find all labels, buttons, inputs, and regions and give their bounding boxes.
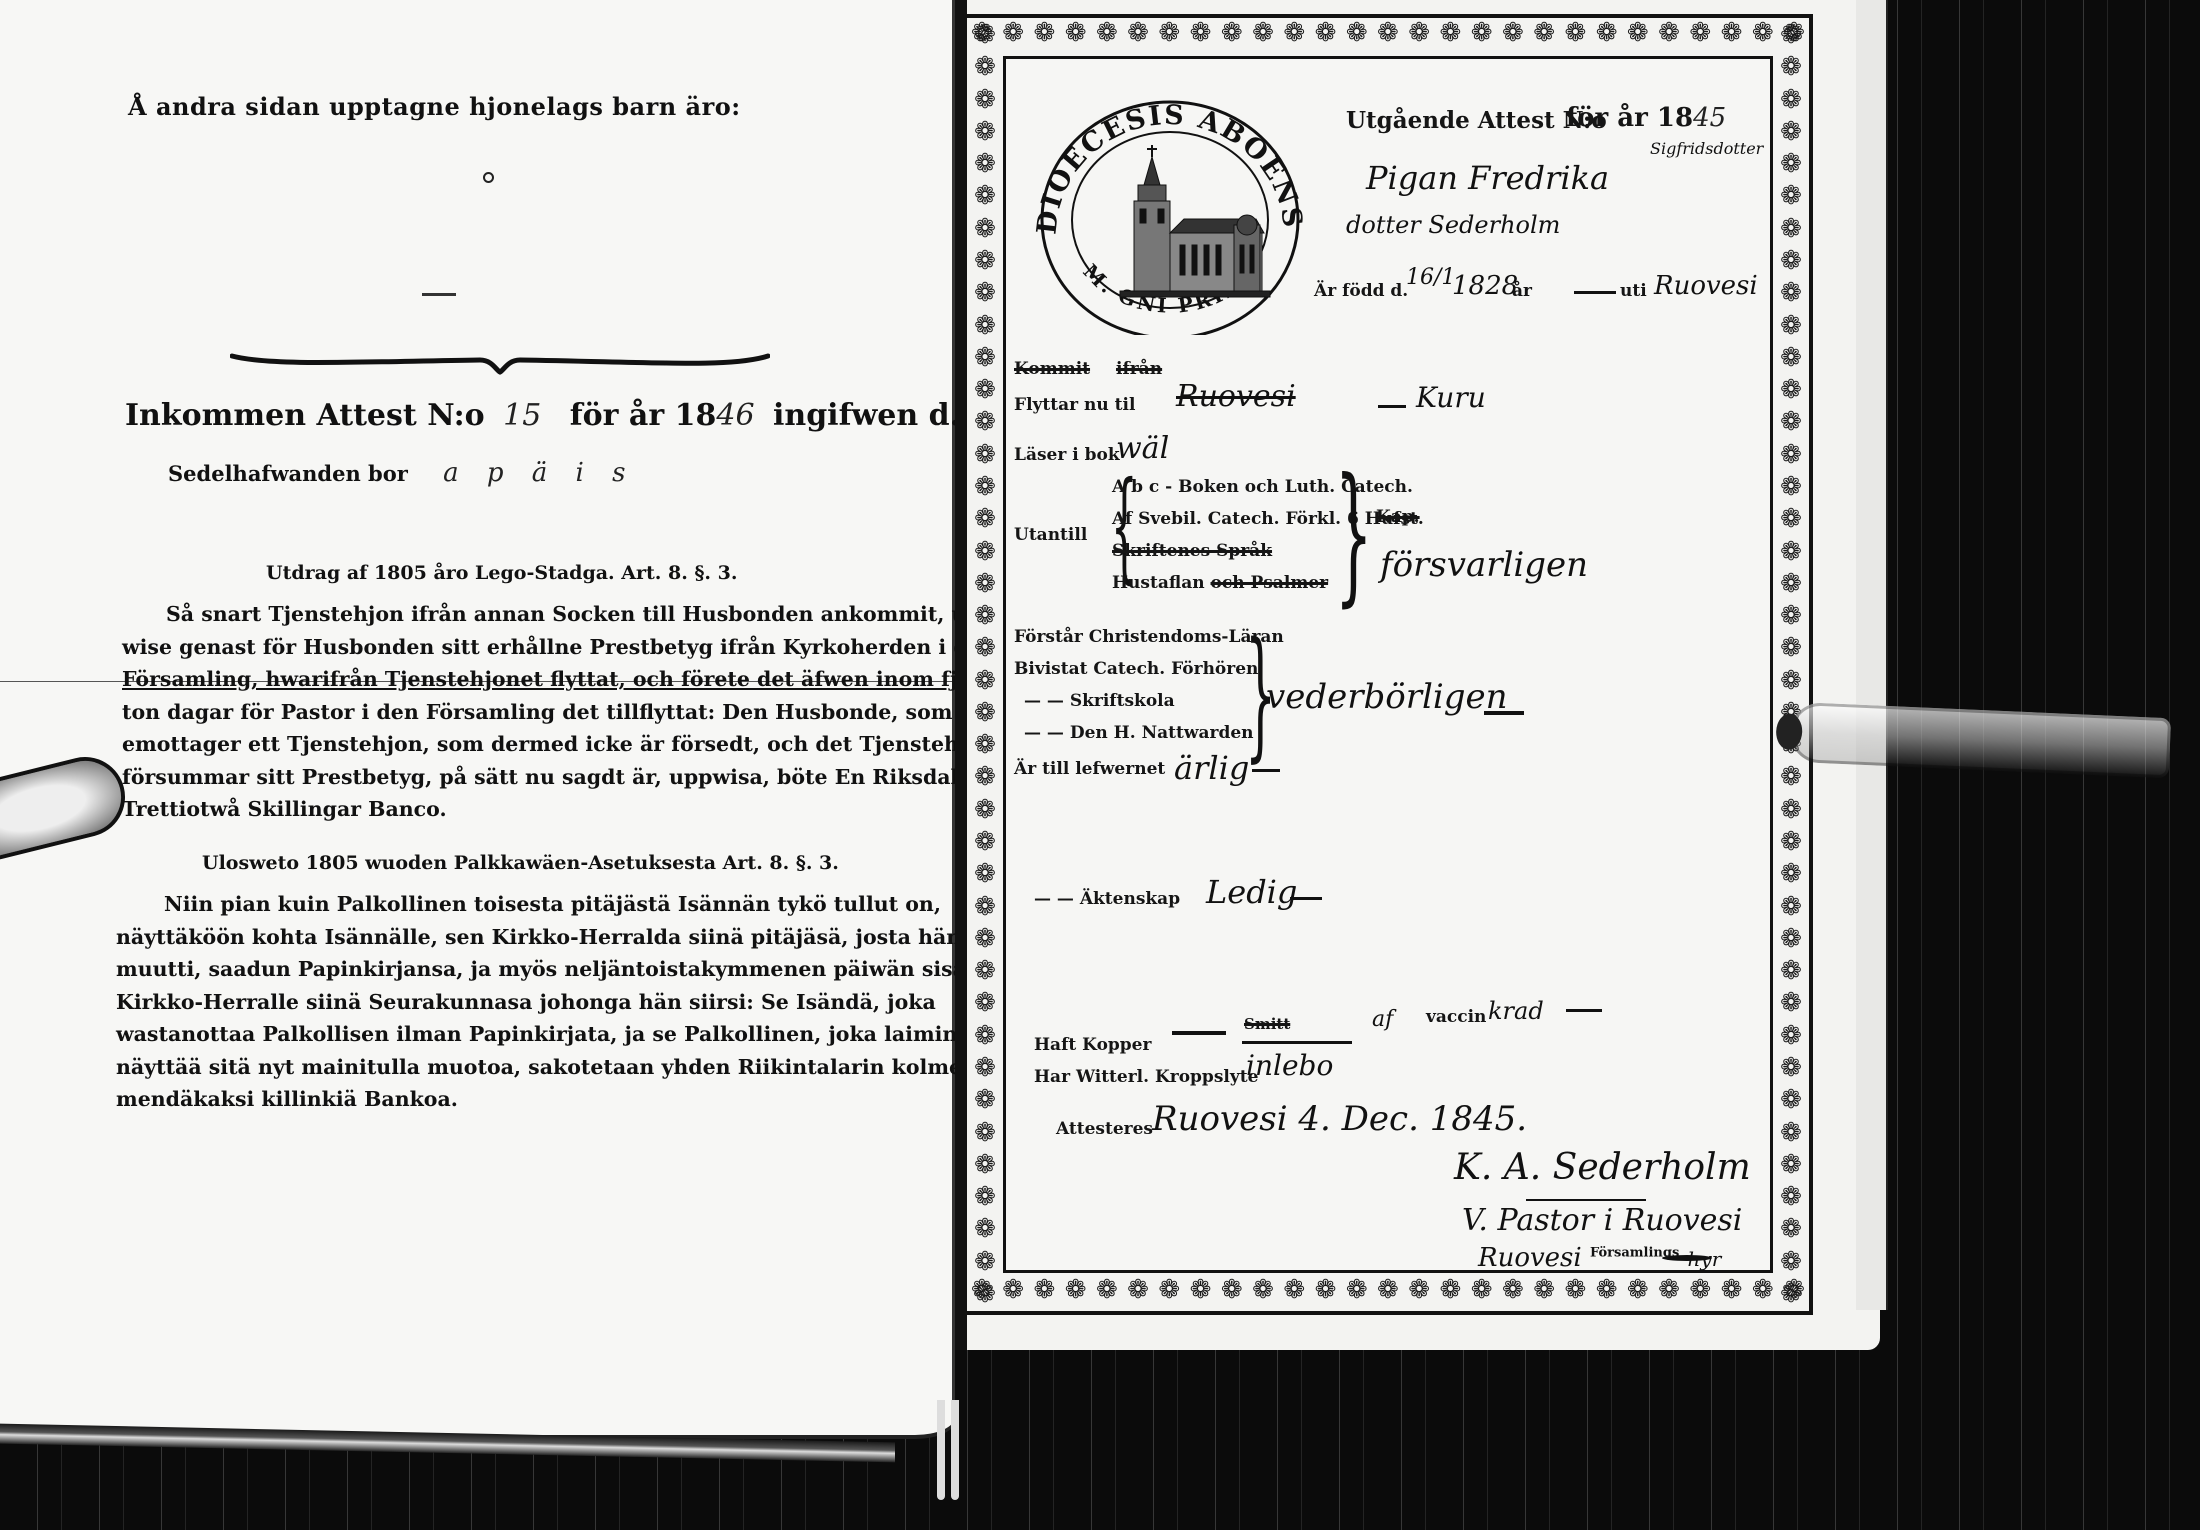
signature-underline bbox=[1526, 1199, 1646, 1201]
brace-right: } bbox=[1335, 459, 1373, 609]
paragraph-line: emottager ett Tjenstehjon, som dermed ic… bbox=[122, 728, 892, 761]
struck-from-label: ifrån bbox=[1116, 359, 1162, 379]
right-page: ❁❁❁❁❁❁❁❁❁❁❁❁❁❁❁❁❁❁❁❁❁❁❁❁❁❁❁ ❁❁❁❁❁❁❁❁❁❁❁❁… bbox=[955, 0, 1880, 1350]
birth-label: Är född d. bbox=[1314, 281, 1408, 301]
memorized-item-struck: Skriftenes Språk bbox=[1112, 541, 1272, 561]
attested-value: Ruovesi 4. Dec. 1845. bbox=[1152, 1099, 1527, 1139]
birth-year: 1828 bbox=[1452, 271, 1518, 301]
birth-place-label: uti bbox=[1620, 281, 1647, 301]
underlying-sheet bbox=[1856, 0, 1888, 1310]
smallpox-struck: Smitt bbox=[1244, 1015, 1290, 1033]
signature-name: K. A. Sederholm bbox=[1454, 1147, 1751, 1188]
dash-rule bbox=[1574, 291, 1616, 294]
paragraph-line: Församling, hwarifrån Tjenstehjonet flyt… bbox=[122, 663, 892, 696]
knowledge-result: vederbörligen bbox=[1266, 677, 1508, 717]
memorized-struck-note: Kap. bbox=[1376, 507, 1420, 527]
knowledge-item: Bivistat Catech. Förhören bbox=[1014, 659, 1258, 679]
outgoing-year-value: 45 bbox=[1693, 103, 1726, 133]
dash-rule bbox=[1242, 1041, 1352, 1044]
incoming-year-value: 46 bbox=[716, 398, 754, 433]
swedish-statute-paragraph: Så snart Tjenstehjon ifrån annan Socken … bbox=[122, 598, 892, 826]
paragraph-line: wastanottaa Palkollisen ilman Papinkirja… bbox=[116, 1018, 886, 1051]
paragraph-line: Trettiotwå Skillingar Banco. bbox=[122, 793, 892, 826]
paragraph-line: försummar sitt Prestbetyg, på sätt nu sa… bbox=[122, 761, 892, 794]
children-heading: Å andra sidan upptagne hjonelags barn är… bbox=[128, 92, 741, 121]
marital-value: Ledig bbox=[1206, 873, 1297, 911]
memorized-item-struck-suffix: och Psalmer bbox=[1211, 573, 1329, 593]
paragraph-line: Kirkko-Herralle siinä Seurakunnasa johon… bbox=[116, 986, 886, 1019]
dash-rule bbox=[1290, 897, 1322, 900]
left-page: Å andra sidan upptagne hjonelags barn är… bbox=[0, 0, 955, 1435]
holder-label: Sedelhafwanden bor bbox=[168, 461, 408, 486]
knowledge-item: — — Den H. Nattwarden bbox=[1024, 723, 1254, 743]
struck-came-label: Kommit bbox=[1014, 359, 1090, 379]
birth-year-suffix: år bbox=[1512, 281, 1532, 301]
birth-day-month: 16/1 bbox=[1406, 265, 1455, 290]
signature-parish-hand: Ruovesi bbox=[1478, 1243, 1582, 1273]
moving-struck-value: Ruovesi bbox=[1176, 379, 1296, 414]
moving-label: Flyttar nu til bbox=[1014, 395, 1135, 415]
legal-defect-value: inlebo bbox=[1246, 1049, 1333, 1082]
holder-line: Sedelhafwanden bor a p ä i s bbox=[168, 458, 635, 488]
paragraph-line: muutti, saadun Papinkirjansa, ja myös ne… bbox=[116, 953, 886, 986]
outgoing-year-line: för år 1845 bbox=[1566, 103, 1726, 133]
certificate-body: DIOECESIS ABOENSIS M. GNI PRINC. FINL. bbox=[1003, 56, 1773, 1273]
person-name-line2: dotter Sederholm bbox=[1346, 211, 1560, 239]
swedish-section-title: Utdrag af 1805 åro Lego-Stadga. Art. 8. … bbox=[266, 562, 737, 584]
moving-destination: Kuru bbox=[1416, 381, 1486, 414]
paragraph-line: ton dagar för Pastor i den Församling de… bbox=[122, 696, 892, 729]
ink-dot bbox=[483, 172, 494, 183]
memorized-item-text: Hustaflan bbox=[1112, 573, 1205, 593]
dash-rule bbox=[1484, 711, 1524, 715]
person-name: Pigan Fredrika bbox=[1366, 159, 1609, 197]
paragraph-line: näyttäköön kohta Isännälle, sen Kirkko-H… bbox=[116, 921, 886, 954]
divider-flourish bbox=[230, 350, 770, 376]
conduct-label: Är till lefwernet bbox=[1014, 759, 1165, 779]
paragraph-line: wise genast för Husbonden sitt erhållne … bbox=[122, 631, 892, 664]
outgoing-year-label: för år 18 bbox=[1566, 103, 1693, 133]
incoming-attest-number: 15 bbox=[503, 398, 541, 433]
ink-mark bbox=[422, 293, 456, 296]
diocese-seal: DIOECESIS ABOENSIS M. GNI PRINC. FINL. bbox=[1034, 85, 1304, 335]
memorized-label: Utantill bbox=[1014, 525, 1087, 545]
dash-rule bbox=[1378, 405, 1406, 408]
paragraph-line: mendäkaksi killinkiä Bankoa. bbox=[116, 1083, 886, 1116]
dash-rule bbox=[1172, 1031, 1226, 1035]
incoming-year-label: för år 18 bbox=[570, 398, 717, 433]
attested-label: Attesteres bbox=[1056, 1119, 1153, 1139]
birth-place: Ruovesi bbox=[1654, 271, 1758, 301]
marital-label: — — Äktenskap bbox=[1034, 889, 1180, 909]
name-correction: Sigfridsdotter bbox=[1650, 139, 1763, 158]
rosette-border-right: ❁❁❁❁❁❁❁❁❁❁❁❁❁❁❁❁❁❁❁❁❁❁❁❁❁❁❁❁❁❁❁❁❁❁❁❁❁❁❁❁ bbox=[1775, 18, 1807, 1311]
memorized-result: försvarligen bbox=[1380, 545, 1588, 585]
reading-label: Läser i bok bbox=[1014, 445, 1120, 465]
finnish-section-title: Ulosweto 1805 wuoden Palkkawäen-Asetukse… bbox=[202, 852, 839, 874]
paragraph-line: Så snart Tjenstehjon ifrån annan Socken … bbox=[122, 598, 892, 631]
paragraph-line: näyttää sitä nyt mainitulla muotoa, sako… bbox=[116, 1051, 886, 1084]
knowledge-item: — — Skriftskola bbox=[1024, 691, 1175, 711]
knowledge-item: Förstår Christendoms-Läran bbox=[1014, 627, 1284, 647]
certificate-border: ❁❁❁❁❁❁❁❁❁❁❁❁❁❁❁❁❁❁❁❁❁❁❁❁❁❁❁ ❁❁❁❁❁❁❁❁❁❁❁❁… bbox=[963, 14, 1813, 1315]
binding-tabs bbox=[935, 1400, 965, 1500]
finnish-statute-paragraph: Niin pian kuin Palkollinen toisesta pitä… bbox=[116, 888, 886, 1116]
conduct-value: ärlig bbox=[1174, 749, 1249, 787]
incoming-attest-label: Inkommen Attest N:o bbox=[125, 398, 485, 433]
legal-defect-label: Har Witterl. Kroppslyte bbox=[1034, 1067, 1258, 1087]
rosette-border-bottom: ❁❁❁❁❁❁❁❁❁❁❁❁❁❁❁❁❁❁❁❁❁❁❁❁❁❁❁ bbox=[967, 1277, 1809, 1309]
cathedral-icon bbox=[1120, 145, 1270, 297]
flourish-mark bbox=[1662, 1255, 1712, 1261]
paragraph-line: Niin pian kuin Palkollinen toisesta pitä… bbox=[116, 888, 886, 921]
holder-value: a p ä i s bbox=[443, 458, 635, 488]
signature-title: V. Pastor i Ruovesi bbox=[1462, 1203, 1742, 1238]
vaccine-value: krad bbox=[1488, 997, 1544, 1025]
memorized-item: Hustaflan och Psalmer bbox=[1112, 573, 1328, 593]
dash-rule bbox=[1566, 1009, 1602, 1012]
vaccine-label: vaccin bbox=[1426, 1007, 1486, 1027]
rosette-border-top: ❁❁❁❁❁❁❁❁❁❁❁❁❁❁❁❁❁❁❁❁❁❁❁❁❁❁❁ bbox=[967, 20, 1809, 52]
dash-rule bbox=[1252, 769, 1280, 772]
submitted-label: ingifwen d. bbox=[773, 398, 960, 433]
vaccine-prefix: af bbox=[1372, 1007, 1393, 1032]
smallpox-label: Haft Kopper bbox=[1034, 1035, 1151, 1055]
rosette-border-left: ❁❁❁❁❁❁❁❁❁❁❁❁❁❁❁❁❁❁❁❁❁❁❁❁❁❁❁❁❁❁❁❁❁❁❁❁❁❁❁❁ bbox=[969, 18, 1001, 1311]
